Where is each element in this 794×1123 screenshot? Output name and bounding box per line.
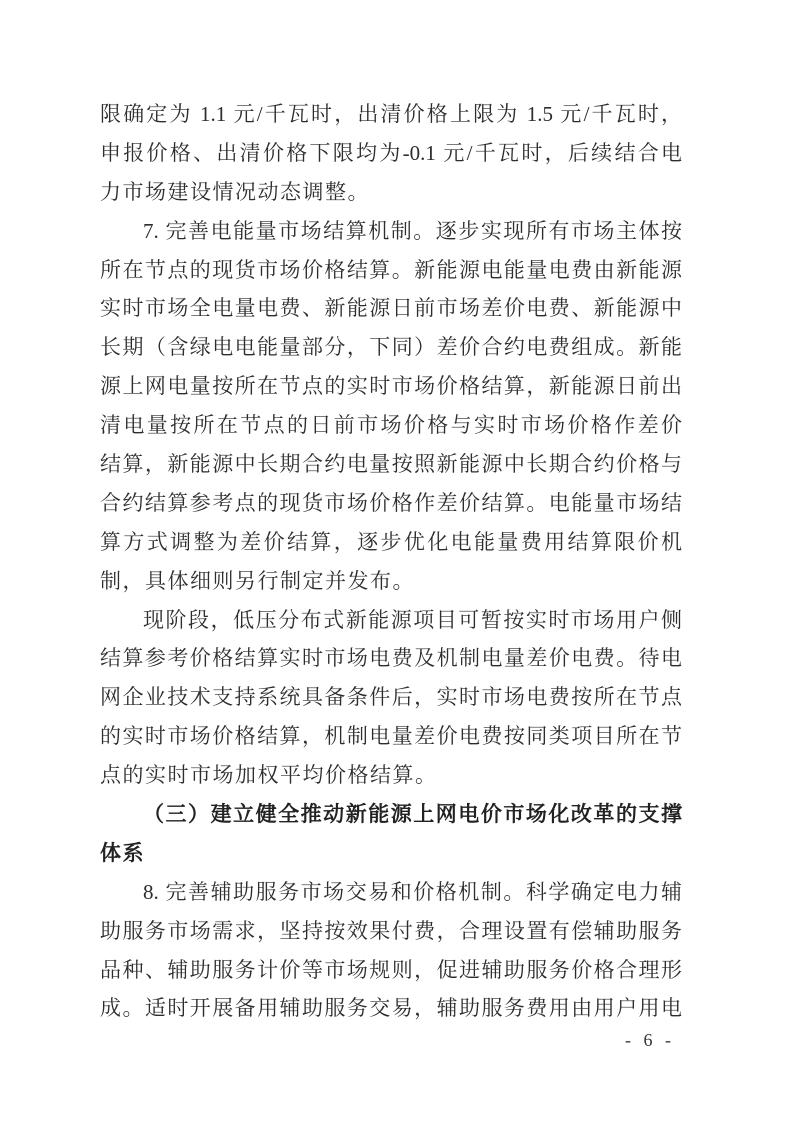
text-line: 品种、辅助服务计价等市场规则，促进辅助服务价格合理形: [100, 951, 682, 990]
text-line: 长期（含绿电电能量部分，下同）差价合约电费组成。新能: [100, 328, 682, 367]
text-line: 合约结算参考点的现货市场价格作差价结算。电能量市场结: [100, 484, 682, 523]
paragraph-item-8: 8. 完善辅助服务市场交易和价格机制。科学确定电力辅 助服务市场需求，坚持按效果…: [100, 873, 682, 1029]
text-line: 8. 完善辅助服务市场交易和价格机制。科学确定电力辅: [100, 873, 682, 912]
text-line: 制，具体细则另行制定并发布。: [100, 562, 682, 601]
paragraph-current-stage: 现阶段，低压分布式新能源项目可暂按实时市场用户侧 结算参考价格结算实时市场电费及…: [100, 601, 682, 795]
text-line: 结算，新能源中长期合约电量按照新能源中长期合约价格与: [100, 445, 682, 484]
text-line: 力市场建设情况动态调整。: [100, 173, 682, 212]
text-line: 的实时市场价格结算，机制电量差价电费按同类项目所在节: [100, 717, 682, 756]
text-line: 所在节点的现货市场价格结算。新能源电能量电费由新能源: [100, 251, 682, 290]
text-line: 7. 完善电能量市场结算机制。逐步实现所有市场主体按: [100, 212, 682, 251]
heading-line: （三）建立健全推动新能源上网电价市场化改革的支撑: [100, 795, 682, 834]
text-line: 点的实时市场加权平均价格结算。: [100, 756, 682, 795]
section-heading: （三）建立健全推动新能源上网电价市场化改革的支撑 体系: [100, 795, 682, 873]
page-number: - 6 -: [598, 1030, 702, 1051]
text-line: 网企业技术支持系统具备条件后，实时市场电费按所在节点: [100, 678, 682, 717]
text-line: 实时市场全电量电费、新能源日前市场差价电费、新能源中: [100, 289, 682, 328]
text-line: 现阶段，低压分布式新能源项目可暂按实时市场用户侧: [100, 601, 682, 640]
text-line: 结算参考价格结算实时市场电费及机制电量差价电费。待电: [100, 639, 682, 678]
paragraph-continuation: 限确定为 1.1 元/千瓦时，出清价格上限为 1.5 元/千瓦时， 申报价格、出…: [100, 95, 682, 212]
text-line: 算方式调整为差价结算，逐步优化电能量费用结算限价机: [100, 523, 682, 562]
text-line: 成。适时开展备用辅助服务交易，辅助服务费用由用户用电: [100, 989, 682, 1028]
text-line: 限确定为 1.1 元/千瓦时，出清价格上限为 1.5 元/千瓦时，: [100, 95, 682, 134]
heading-line: 体系: [100, 834, 682, 873]
document-body: 限确定为 1.1 元/千瓦时，出清价格上限为 1.5 元/千瓦时， 申报价格、出…: [100, 95, 682, 1028]
text-line: 助服务市场需求，坚持按效果付费，合理设置有偿辅助服务: [100, 912, 682, 951]
document-page: 限确定为 1.1 元/千瓦时，出清价格上限为 1.5 元/千瓦时， 申报价格、出…: [0, 0, 794, 1123]
text-line: 源上网电量按所在节点的实时市场价格结算，新能源日前出: [100, 367, 682, 406]
paragraph-item-7: 7. 完善电能量市场结算机制。逐步实现所有市场主体按 所在节点的现货市场价格结算…: [100, 212, 682, 601]
text-line: 清电量按所在节点的日前市场价格与实时市场价格作差价: [100, 406, 682, 445]
text-line: 申报价格、出清价格下限均为-0.1 元/千瓦时，后续结合电: [100, 134, 682, 173]
